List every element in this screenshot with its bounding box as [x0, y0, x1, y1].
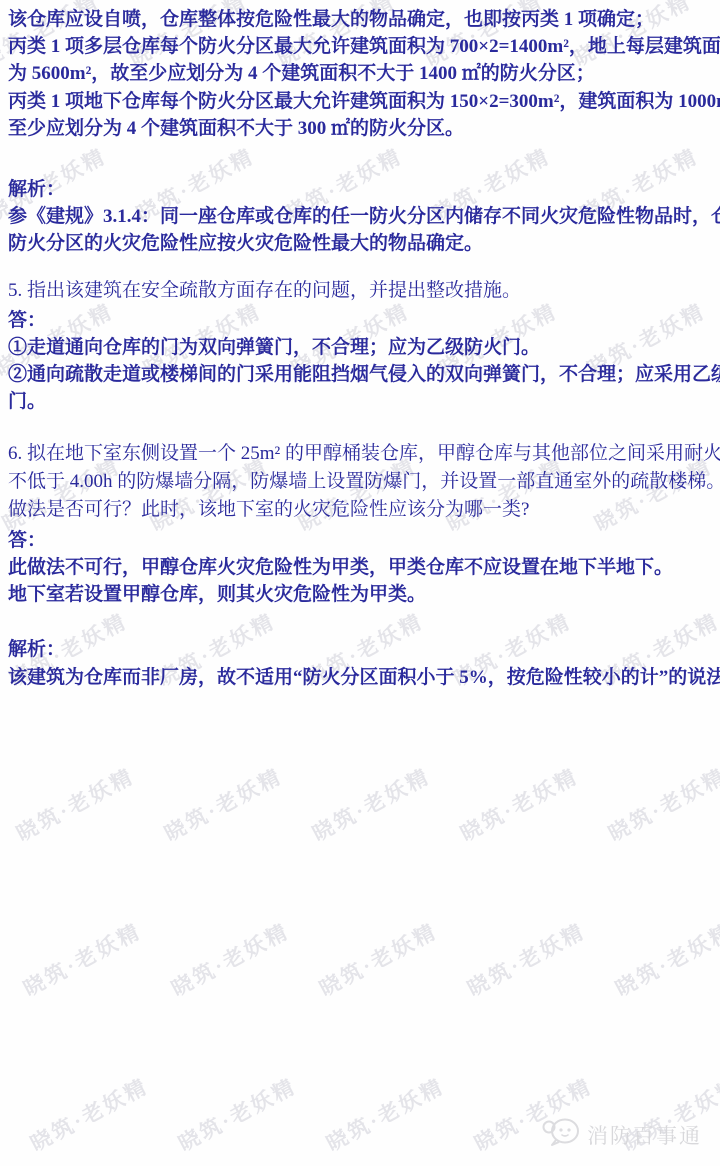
- question-text: 做法是否可行？此时，该地下室的火灾危险性应该分为哪一类?: [8, 496, 712, 524]
- answer-heading: 答：: [8, 527, 712, 554]
- answer-6: 答： 此做法不可行，甲醇仓库火灾危险性为甲类，甲类仓库不应设置在地下半地下。 地…: [8, 527, 712, 609]
- document-content: 该仓库应设自喷，仓库整体按危险性最大的物品确定，也即按丙类 1 项确定； 丙类 …: [0, 0, 720, 1166]
- analysis-section-2: 解析： 该建筑为仓库而非厂房，故不适用“防火分区面积小于 5%，按危险性较小的计…: [8, 636, 712, 690]
- analysis-heading: 解析：: [8, 176, 712, 203]
- text-line: 至少应划分为 4 个建筑面积不大于 300 ㎡的防火分区。: [8, 115, 712, 142]
- text-line: 门。: [8, 388, 712, 415]
- text-line: ②通向疏散走道或楼梯间的门采用能阻挡烟气侵入的双向弹簧门，不合理；应采用乙级防火: [8, 361, 712, 388]
- text-line: 为 5600m²，故至少应划分为 4 个建筑面积不大于 1400 ㎡的防火分区；: [8, 60, 712, 87]
- question-text: 不低于 4.00h 的防爆墙分隔，防爆墙上设置防爆门，并设置一部直通室外的疏散楼…: [8, 468, 712, 496]
- document-page: 晓筑·老妖精晓筑·老妖精晓筑·老妖精晓筑·老妖精晓筑·老妖精晓筑·老妖精晓筑·老…: [0, 0, 720, 1166]
- text-line: 丙类 1 项多层仓库每个防火分区最大允许建筑面积为 700×2=1400m²，地…: [8, 33, 712, 60]
- text-line: 此做法不可行，甲醇仓库火灾危险性为甲类，甲类仓库不应设置在地下半地下。: [8, 554, 712, 581]
- paragraph-fire-compartment: 该仓库应设自喷，仓库整体按危险性最大的物品确定，也即按丙类 1 项确定； 丙类 …: [8, 6, 712, 142]
- brand-footer: 消防百事通: [542, 1118, 702, 1152]
- answer-heading: 答：: [8, 307, 712, 334]
- answer-5: 答： ①走道通向仓库的门为双向弹簧门，不合理；应为乙级防火门。 ②通向疏散走道或…: [8, 307, 712, 416]
- question-text: 6. 拟在地下室东侧设置一个 25m² 的甲醇桶装仓库，甲醇仓库与其他部位之间采…: [8, 440, 712, 468]
- text-line: 参《建规》3.1.4：同一座仓库或仓库的任一防火分区内储存不同火灾危险性物品时，…: [8, 203, 712, 230]
- question-text: 5. 指出该建筑在安全疏散方面存在的问题，并提出整改措施。: [8, 277, 712, 304]
- brand-name: 消防百事通: [587, 1120, 702, 1150]
- text-line: 地下室若设置甲醇仓库，则其火灾危险性为甲类。: [8, 581, 712, 608]
- question-5: 5. 指出该建筑在安全疏散方面存在的问题，并提出整改措施。: [8, 277, 712, 304]
- analysis-section-1: 解析： 参《建规》3.1.4：同一座仓库或仓库的任一防火分区内储存不同火灾危险性…: [8, 176, 712, 258]
- brand-logo-icon: [542, 1118, 580, 1152]
- text-line: 该建筑为仓库而非厂房，故不适用“防火分区面积小于 5%，按危险性较小的计”的说法…: [8, 664, 712, 691]
- text-line: 该仓库应设自喷，仓库整体按危险性最大的物品确定，也即按丙类 1 项确定；: [8, 6, 712, 33]
- text-line: ①走道通向仓库的门为双向弹簧门，不合理；应为乙级防火门。: [8, 334, 712, 361]
- question-6: 6. 拟在地下室东侧设置一个 25m² 的甲醇桶装仓库，甲醇仓库与其他部位之间采…: [8, 440, 712, 525]
- analysis-heading: 解析：: [8, 636, 712, 663]
- text-line: 防火分区的火灾危险性应按火灾危险性最大的物品确定。: [8, 230, 712, 257]
- text-line: 丙类 1 项地下仓库每个防火分区最大允许建筑面积为 150×2=300m²，建筑…: [8, 88, 712, 115]
